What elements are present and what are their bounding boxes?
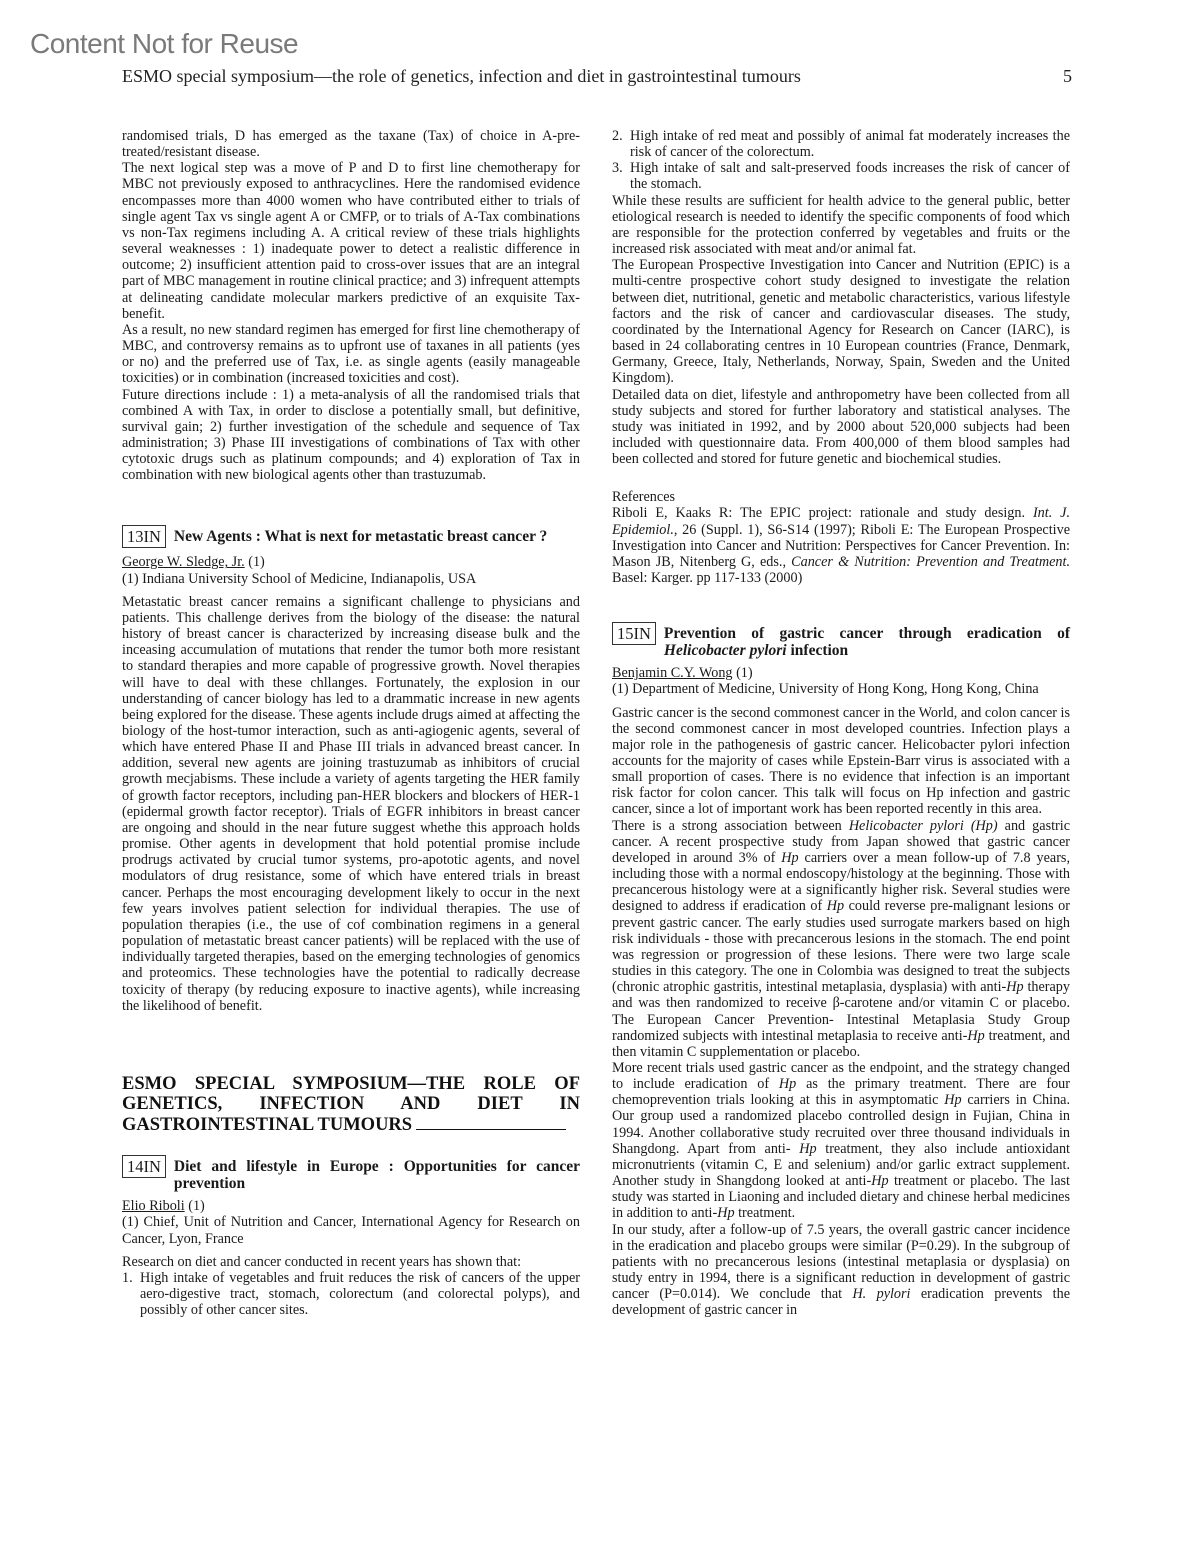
abstract-title: Prevention of gastric cancer through era…	[664, 622, 1070, 659]
running-head: ESMO special symposium—the role of genet…	[122, 66, 1072, 87]
paragraph: The European Prospective Investigation i…	[612, 257, 1070, 386]
affiliation: (1) Indiana University School of Medicin…	[122, 571, 580, 587]
abstract-body: Metastatic breast cancer remains a signi…	[122, 594, 580, 1014]
abstract-code-badge: 14IN	[122, 1155, 166, 1178]
reference-entry: Riboli E, Kaaks R: The EPIC project: rat…	[612, 505, 1070, 586]
author-name: Benjamin C.Y. Wong	[612, 665, 733, 681]
abstract-code-badge: 15IN	[612, 622, 656, 645]
page-number: 5	[1063, 66, 1072, 87]
paragraph: More recent trials used gastric cancer a…	[612, 1060, 1070, 1222]
abstract-intro: Research on diet and cancer conducted in…	[122, 1254, 580, 1270]
running-head-title: ESMO special symposium—the role of genet…	[122, 66, 801, 86]
abstract-13-header: 13IN New Agents : What is next for metas…	[122, 525, 580, 548]
abstract-title: New Agents : What is next for metastatic…	[174, 525, 547, 545]
paragraph: randomised trials, D has emerged as the …	[122, 128, 580, 160]
section-heading: ESMO SPECIAL SYMPOSIUM—THE ROLE OF GENET…	[122, 1074, 580, 1136]
author-line: Elio Riboli (1)	[122, 1198, 580, 1214]
watermark: Content Not for Reuse	[30, 28, 298, 60]
abstract-15-header: 15IN Prevention of gastric cancer throug…	[612, 622, 1070, 659]
affiliation: (1) Chief, Unit of Nutrition and Cancer,…	[122, 1214, 580, 1246]
author-line: George W. Sledge, Jr. (1)	[122, 554, 580, 570]
author-name: George W. Sledge, Jr.	[122, 554, 245, 570]
references-label: References	[612, 489, 1070, 505]
affiliation: (1) Department of Medicine, University o…	[612, 681, 1070, 697]
list-item: 1. High intake of vegetables and fruit r…	[122, 1270, 580, 1318]
paragraph: The next logical step was a move of P an…	[122, 160, 580, 322]
paragraph: There is a strong association between He…	[612, 818, 1070, 1060]
left-column: randomised trials, D has emerged as the …	[122, 128, 580, 1318]
right-column: 2. High intake of red meat and possibly …	[612, 128, 1070, 1318]
paragraph: While these results are sufficient for h…	[612, 193, 1070, 258]
list-item: 3. High intake of salt and salt-preserve…	[612, 160, 1070, 192]
heading-rule	[416, 1129, 566, 1130]
list-item: 2. High intake of red meat and possibly …	[612, 128, 1070, 160]
abstract-14-header: 14IN Diet and lifestyle in Europe : Oppo…	[122, 1155, 580, 1192]
abstract-title: Diet and lifestyle in Europe : Opportuni…	[174, 1155, 580, 1192]
author-line: Benjamin C.Y. Wong (1)	[612, 665, 1070, 681]
paragraph: Detailed data on diet, lifestyle and ant…	[612, 387, 1070, 468]
paragraph: In our study, after a follow-up of 7.5 y…	[612, 1222, 1070, 1319]
paragraph: Gastric cancer is the second commonest c…	[612, 705, 1070, 818]
abstract-code-badge: 13IN	[122, 525, 166, 548]
author-name: Elio Riboli	[122, 1198, 185, 1214]
paragraph: As a result, no new standard regimen has…	[122, 322, 580, 387]
paragraph: Future directions include : 1) a meta-an…	[122, 387, 580, 484]
